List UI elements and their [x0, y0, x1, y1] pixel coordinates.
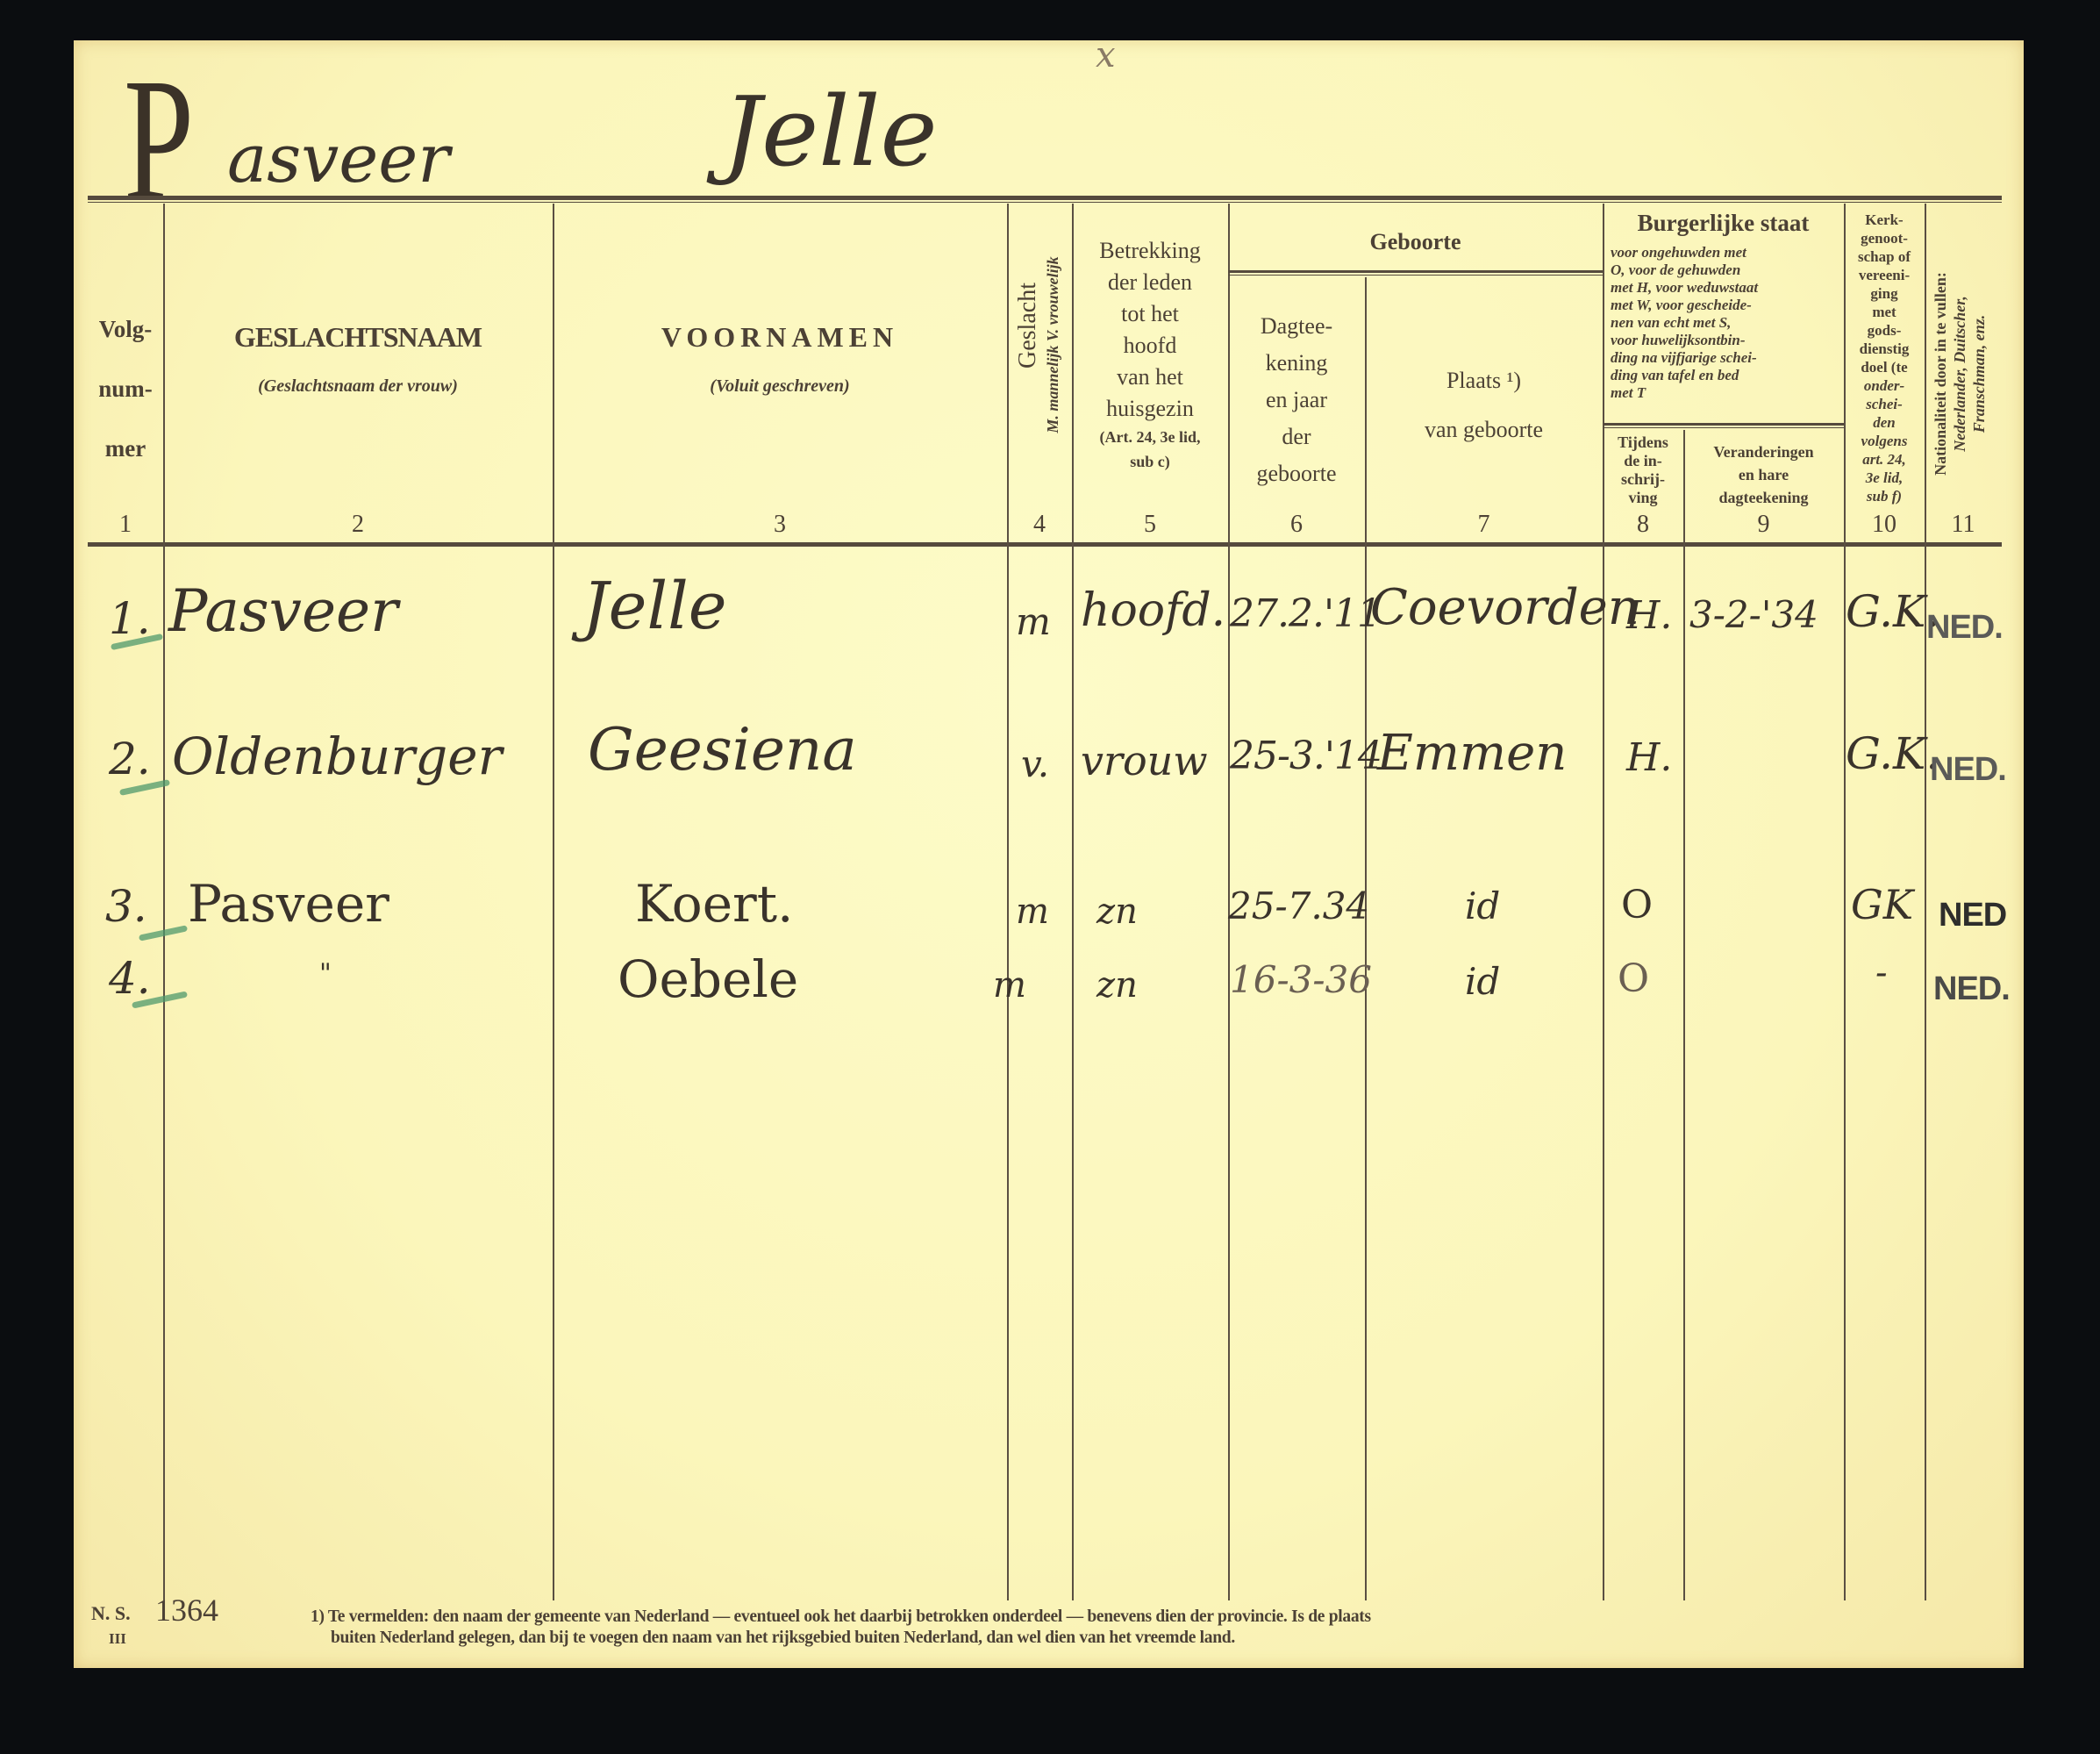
row-number: 2. [109, 734, 151, 784]
row-number: 3. [105, 881, 147, 932]
nationality-stamp: NED. [1930, 751, 2006, 789]
civil-status: O [1621, 883, 1653, 927]
header-tijdens-inschrijving: Tijdens de in- schrij- ving [1603, 433, 1683, 507]
header-geboorte: Geboorte [1228, 228, 1603, 257]
form-number: 1364 [155, 1592, 218, 1629]
surname: Pasveer [168, 577, 398, 645]
birth-date: 16-3-36 [1230, 958, 1372, 1001]
church: G.K. [1846, 728, 1939, 779]
sex: m [1016, 891, 1049, 932]
col-number-3: 3 [553, 511, 1007, 539]
header-betrekking: Betrekking der leden tot het hoofd van h… [1072, 235, 1228, 474]
civil-status: H. [1626, 593, 1672, 638]
header-voornamen: VOORNAMEN [553, 319, 1007, 354]
relation: hoofd. [1081, 584, 1225, 637]
bs-subrule-thin [1603, 427, 1844, 428]
birth-date: 27.2.'11 [1230, 591, 1381, 636]
col-number-8: 8 [1603, 511, 1683, 539]
header-burgerlijke-staat-note: voor ongehuwden met O, voor de gehuwden … [1611, 244, 1840, 402]
relation: zn [1096, 891, 1138, 932]
header-geslachtsnaam: GESLACHTSNAAM [163, 319, 553, 354]
title-given-name: Jelle [723, 75, 938, 188]
top-mark: x [1096, 35, 1116, 75]
title-surname: asveer [227, 119, 450, 197]
church-ditto: - [1875, 953, 1888, 993]
birth-place: Coevorden [1370, 579, 1639, 636]
changes: 3-2-'34 [1689, 593, 1818, 636]
given-names: Jelle [582, 569, 727, 644]
civil-status: H. [1626, 735, 1672, 780]
col-number-6: 6 [1228, 511, 1365, 539]
sex: m [993, 965, 1026, 1006]
col-divider-2 [553, 204, 554, 1600]
church: GK [1851, 881, 1913, 928]
col-divider-10 [1925, 204, 1926, 1600]
nationality-stamp: NED [1939, 897, 2006, 934]
col-number-10: 10 [1844, 511, 1925, 539]
header-kerkgenootschap: Kerk- genoot- schap of vereeni- ging met… [1844, 211, 1925, 505]
surname-ditto: " [319, 958, 332, 989]
header-plaats: Plaats ¹) van geboorte [1365, 356, 1603, 455]
header-veranderingen: Veranderingen en hare dagteekening [1683, 440, 1844, 509]
header-voornamen-sub: (Voluit geschreven) [553, 376, 1007, 397]
header-nationaliteit-sub1: Nederlander, Duitscher, [1951, 233, 1969, 514]
civil-status: O [1618, 956, 1649, 1001]
row-number: 1. [109, 593, 151, 644]
col-divider-1 [163, 204, 165, 1600]
nationality-stamp: NED. [1926, 609, 2003, 647]
relation: vrouw [1081, 737, 1208, 784]
col-divider-3 [1007, 204, 1009, 1600]
given-names: Oebele [618, 949, 798, 1009]
form-series: III [109, 1630, 126, 1648]
col-number-1: 1 [88, 511, 163, 539]
header-nationaliteit-sub2: Franschman, enz. [1970, 286, 1989, 462]
birth-date: 25-7.34 [1228, 884, 1369, 927]
header-dagteekening: Dagtee- kening en jaar der geboorte [1228, 308, 1365, 492]
header-volgnummer: Volg- num- mer [88, 299, 163, 478]
col-number-4: 4 [1007, 511, 1072, 539]
header-geslacht-sub: M. mannelijk V. vrouwelijk [1044, 200, 1062, 490]
header-geslachtsnaam-sub: (Geslachtsnaam der vrouw) [163, 376, 553, 397]
header-burgerlijke-staat: Burgerlijke staat [1603, 209, 1844, 239]
header-nationaliteit: Nationaliteit door in te vullen: [1932, 233, 1950, 514]
footnote-line-2: buiten Nederland gelegen, dan bij te voe… [331, 1629, 1235, 1648]
sex: v. [1021, 742, 1049, 785]
col-divider-8 [1683, 430, 1685, 1600]
footnote-line-1: 1) Te vermelden: den naam der gemeente v… [311, 1607, 1371, 1627]
header-bottom-rule [88, 542, 2002, 547]
row-number: 4. [109, 953, 151, 1004]
birth-date: 25-3.'14 [1230, 734, 1382, 778]
birth-place: id [1465, 884, 1500, 927]
nationality-stamp: NED. [1933, 970, 2010, 1008]
col-number-5: 5 [1072, 511, 1228, 539]
sex: m [1016, 600, 1051, 643]
header-geslacht: Geslacht [1014, 198, 1042, 453]
given-names: Koert. [635, 874, 794, 934]
col-number-7: 7 [1365, 511, 1603, 539]
col-number-2: 2 [163, 511, 553, 539]
registration-card: P asveer Jelle x Volg- num- mer GESLACHT… [74, 40, 2024, 1668]
surname: Oldenburger [172, 727, 502, 786]
geboorte-subrule-thin [1228, 275, 1603, 276]
birth-place: id [1465, 960, 1500, 1003]
col-number-11: 11 [1925, 511, 2002, 539]
geboorte-subrule [1228, 270, 1603, 273]
surname: Pasveer [188, 874, 389, 934]
birth-place: Emmen [1377, 725, 1567, 782]
given-names: Geesiena [588, 716, 857, 784]
relation: zn [1096, 965, 1138, 1006]
col-divider-7 [1603, 204, 1604, 1600]
form-code: N. S. [91, 1602, 131, 1625]
col-number-9: 9 [1683, 511, 1844, 539]
bs-subrule [1603, 423, 1844, 426]
col-divider-6 [1365, 277, 1367, 1600]
